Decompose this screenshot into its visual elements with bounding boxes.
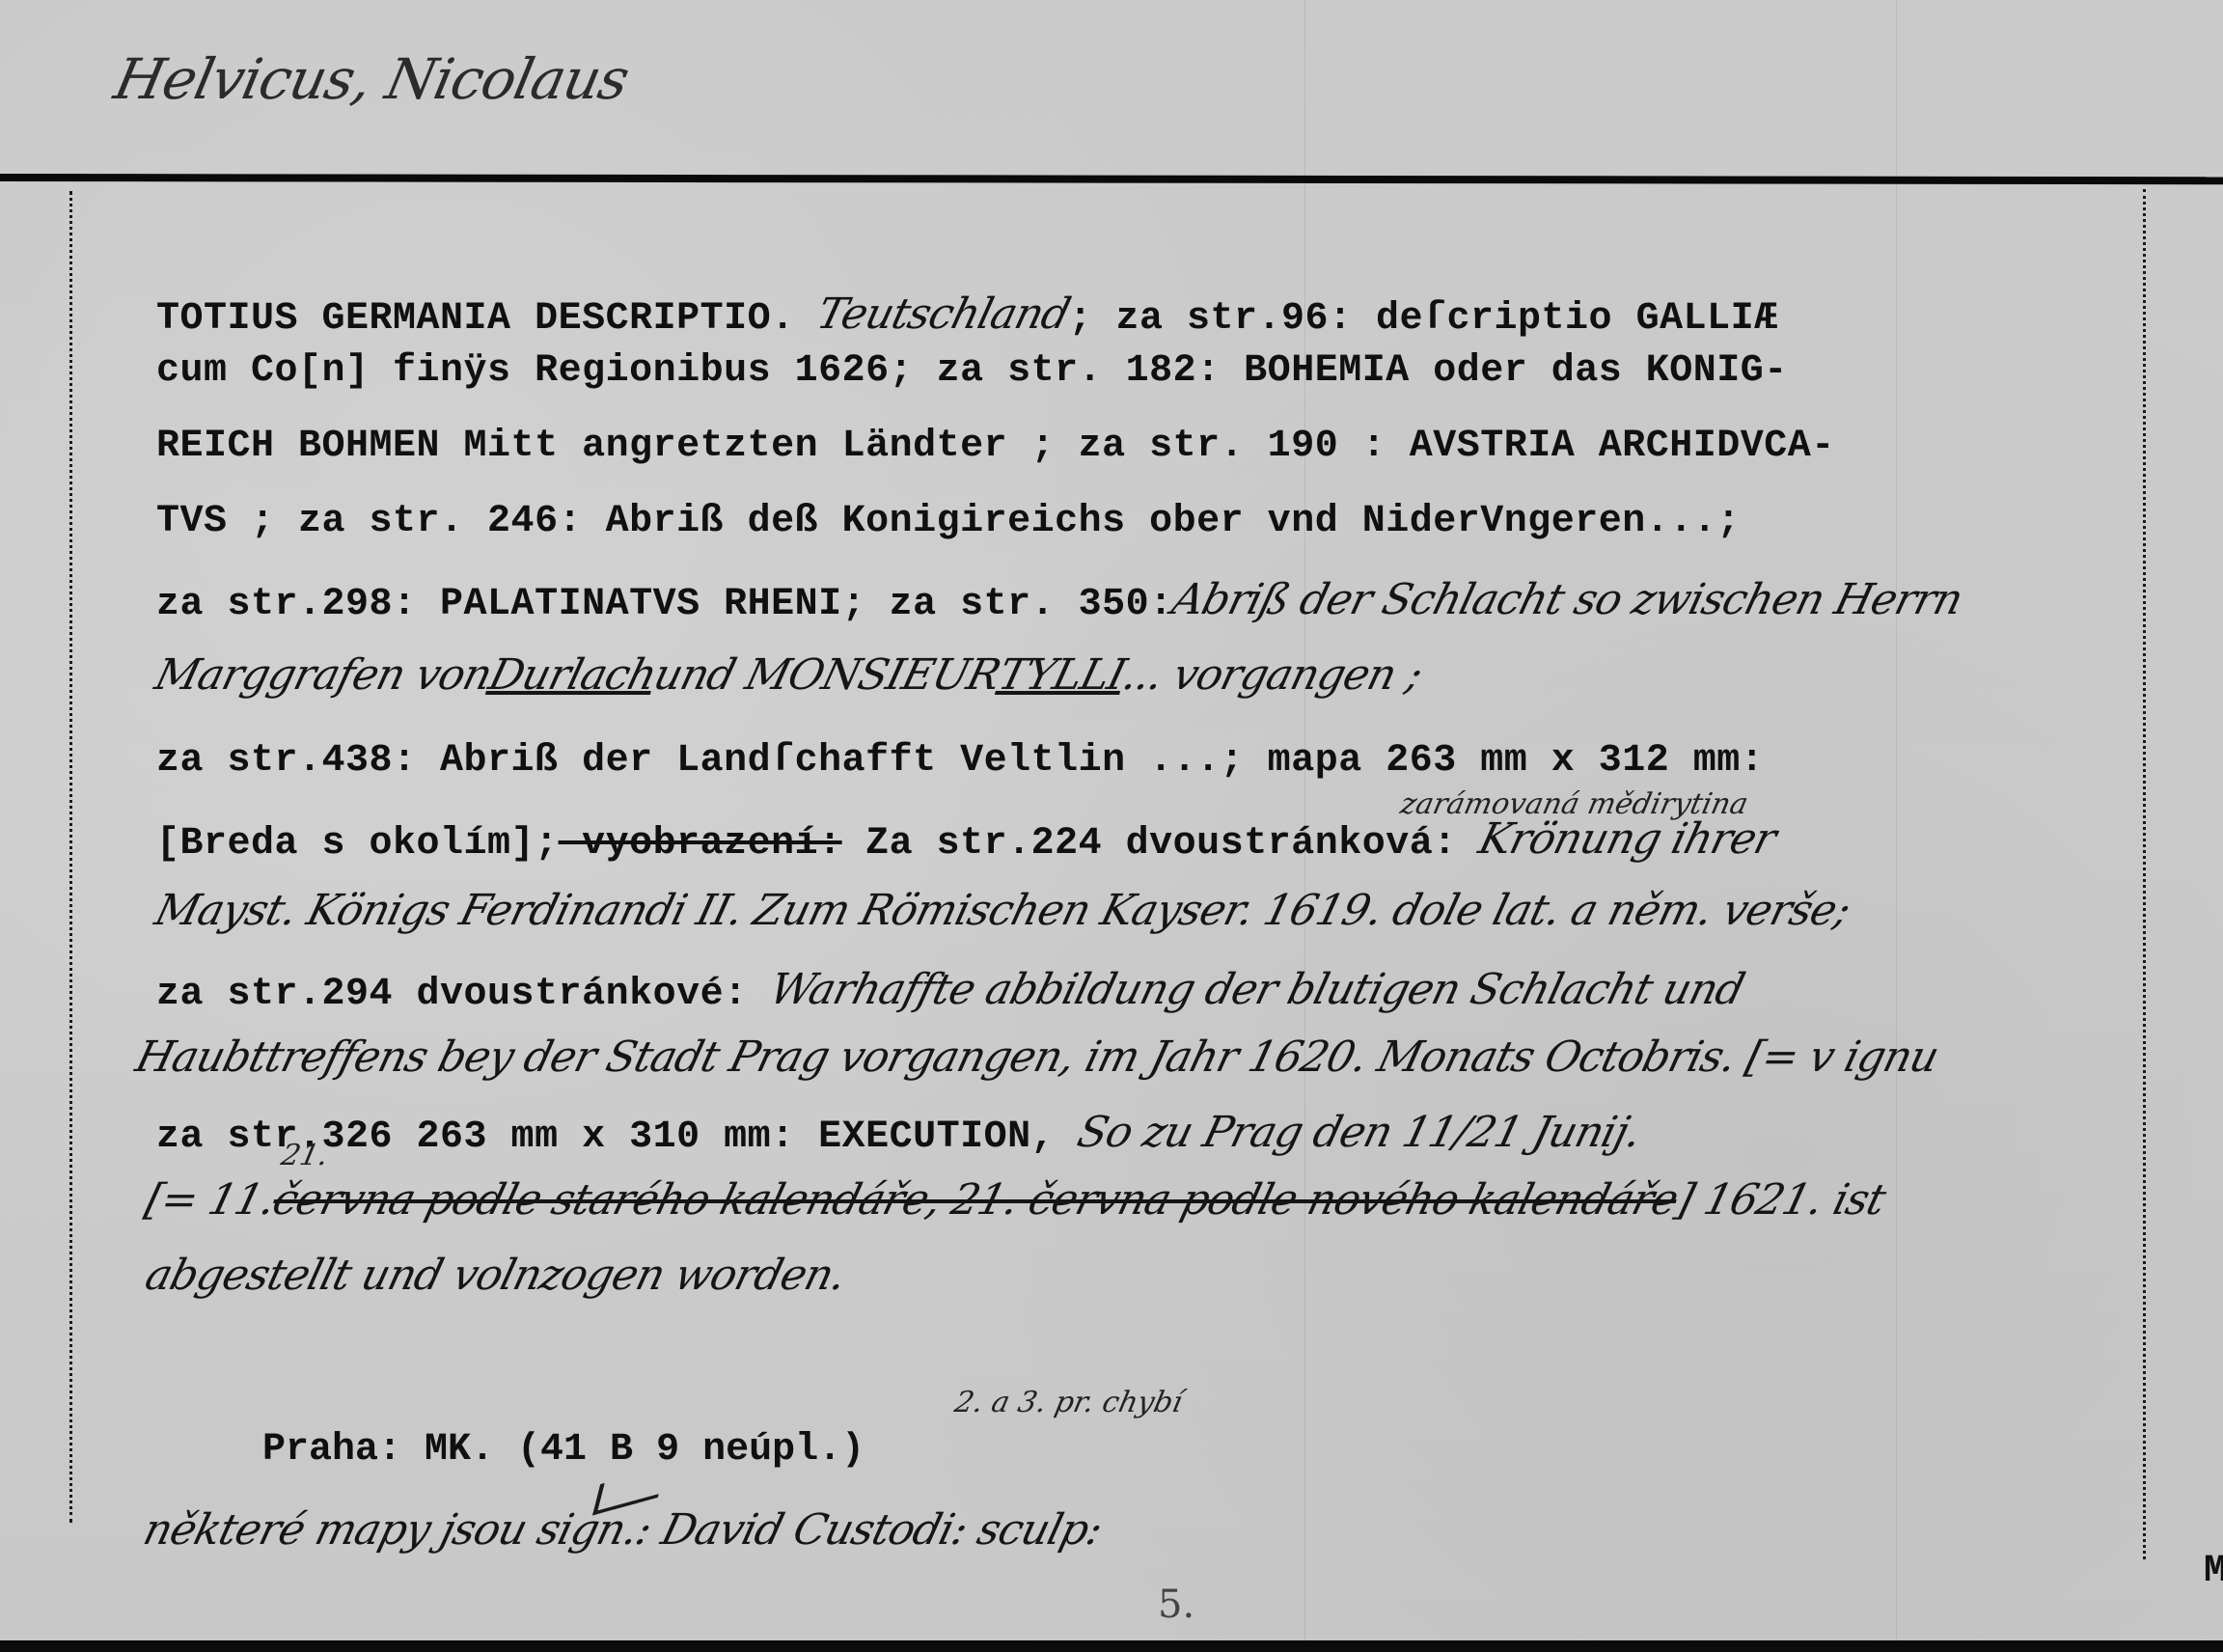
handwritten-text: So zu Prag den 11/21 Junij. — [1072, 1108, 1645, 1157]
handwritten-text: Mayst. Königs Ferdinandi II. Zum Römisch… — [151, 886, 1855, 935]
typed-text: za str.438: Abriß der Landſchafft Veltli… — [156, 739, 1764, 783]
handwritten-underlined-text: TYLLI — [993, 650, 1130, 700]
handwritten-text: některé mapy jsou sign.: David Custodi: … — [139, 1505, 1108, 1555]
handwritten-text: Marggrafen von — [151, 650, 497, 700]
card-line: Haubttreffens bey der Stadt Prag vorgang… — [137, 1032, 1937, 1084]
typed-text: ; za str.96: deſcriptio GALLIÆ — [1068, 297, 1777, 341]
location-shelfmark: Praha: MK. (41 B 9 neúpl.) — [262, 1428, 864, 1472]
handwritten-text: ... vorgangen ; — [1117, 650, 1426, 700]
card-line: TOTIUS GERMANIA DESCRIPTIO. Teutschland;… — [156, 289, 1778, 341]
header-rule — [0, 174, 2223, 184]
scan-bottom-edge — [0, 1640, 2223, 1652]
card-line: Marggrafen von Durlach und MONSIEUR TYLL… — [156, 650, 1420, 702]
author-heading: Helvicus, Nicolaus — [109, 46, 635, 112]
typed-text: Za str.224 dvoustránková: — [842, 822, 1481, 866]
typed-text: za str.298: PALATINATVS RHENI; za str. 3… — [156, 583, 1173, 626]
right-margin-dotted-line — [2143, 189, 2146, 1559]
card-line: za str.326 263 mm x 310 mm: EXECUTION, S… — [156, 1108, 1639, 1159]
card-line: cum Co[n] finÿs Regionibus 1626; za str.… — [156, 349, 1788, 393]
catalog-card: Helvicus, Nicolaus TOTIUS GERMANIA DESCR… — [0, 0, 2223, 1642]
footnote: některé mapy jsou sign.: David Custodi: … — [145, 1505, 1101, 1555]
edge-letter: M — [2204, 1550, 2223, 1593]
handwritten-text: Abriß der Schlacht so zwischen Herrn — [1166, 575, 1966, 624]
handwritten-text: Warhaffte abbildung der blutigen Schlach… — [765, 965, 1749, 1014]
card-line: Mayst. Königs Ferdinandi II. Zum Römisch… — [156, 886, 1849, 937]
card-line: REICH BOHMEN Mitt angretzten Ländter ; z… — [156, 425, 1835, 468]
typed-text: za str.294 dvoustránkové: — [156, 973, 771, 1016]
annotation-21: 21. — [278, 1139, 331, 1172]
handwritten-text: Krönung ihrer — [1474, 814, 1781, 864]
handwritten-text: Haubttreffens bey der Stadt Prag vorgang… — [131, 1032, 1943, 1082]
handwritten-text: ] 1621. ist — [1670, 1175, 1889, 1225]
card-line: za str.298: PALATINATVS RHENI; za str. 3… — [156, 575, 1961, 626]
handwritten-underlined-text: Durlach — [484, 650, 662, 700]
left-margin-dotted-line — [69, 191, 72, 1523]
card-line: za str.294 dvoustránkové: Warhaffte abbi… — [156, 965, 1743, 1016]
typed-text: TOTIUS GERMANIA DESCRIPTIO. — [156, 297, 818, 341]
handwritten-text: [= 11. — [141, 1175, 281, 1225]
typed-text: TVS ; za str. 246: Abriß deß Konigireich… — [156, 500, 1741, 543]
card-line: [= 11. června podle starého kalendáře, 2… — [147, 1175, 1883, 1226]
handwritten-text: und MONSIEUR — [649, 650, 1005, 700]
page-number: 5. — [1158, 1583, 1194, 1627]
card-line: TVS ; za str. 246: Abriß deß Konigireich… — [156, 500, 1741, 543]
typed-text: REICH BOHMEN Mitt angretzten Ländter ; z… — [156, 425, 1835, 468]
handwritten-text: abgestellt und volnzogen worden. — [141, 1251, 851, 1300]
card-line: za str.438: Abriß der Landſchafft Veltli… — [156, 739, 1764, 783]
scan-artifact-line — [1896, 0, 1897, 1640]
annotation-missing-pages: 2. a 3. pr. chybí — [951, 1386, 1185, 1419]
handwritten-text: Teutschland — [812, 289, 1075, 339]
typed-text: [Breda s okolím]; — [156, 822, 559, 866]
struck-handwritten-text: června podle starého kalendáře, 21. červ… — [268, 1175, 1683, 1225]
typed-text: cum Co[n] finÿs Regionibus 1626; za str.… — [156, 349, 1788, 393]
struck-typed-text: vyobrazení: — [559, 822, 842, 866]
card-line: abgestellt und volnzogen worden. — [147, 1251, 844, 1302]
card-line: [Breda s okolím]; vyobrazení: Za str.224… — [156, 814, 1774, 866]
